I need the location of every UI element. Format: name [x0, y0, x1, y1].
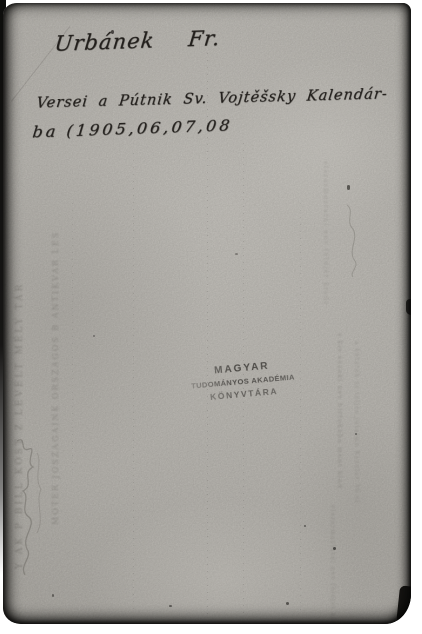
bleed-through-text-left-inner: MOTER JÓSZÁGAINK ORSZÁGOS B ANTIKVÁR LES — [51, 231, 60, 525]
pencil-scribble-right — [339, 199, 369, 279]
ink-speck — [355, 433, 357, 435]
fold-crease — [300, 203, 301, 613]
scribble-path — [347, 205, 356, 277]
scanned-document: { "page": { "kind": "scanned book flylea… — [0, 0, 422, 634]
ink-speck — [52, 594, 54, 597]
pencil-scribble-left — [7, 433, 49, 583]
paper-stain — [233, 53, 411, 233]
bleed-through-text-left-outer: Y AK P BILL KOST Z LEVÉLT MÉLY TÁR — [15, 282, 25, 569]
paper-stain — [93, 503, 353, 624]
ink-speck — [333, 547, 336, 550]
handwritten-note-line3: ba (1905,06,07,08 — [32, 116, 234, 142]
ink-speck — [93, 335, 95, 337]
paper-stain — [3, 153, 213, 473]
page-edge-tear — [406, 299, 411, 315]
handwritten-note-line2: Versei a Pútnik Sv. Vojtěšsky Kalendár- — [36, 86, 389, 111]
paper-stain — [283, 403, 411, 603]
bleed-through-text-right-faint: elszármaztatni nev földjét kiadv — [322, 161, 329, 306]
library-stamp: MAGYAR TUDOMÁNYOS AKADÉMIA KÖNYVTÁRA — [185, 357, 302, 406]
bleed-through-text-right-lower: a kötetek sz teljes jutalma Kazalár 30 e… — [353, 341, 360, 504]
ink-speck — [235, 253, 238, 255]
fold-crease — [72, 203, 73, 473]
book-page: Y AK P BILL KOST Z LEVÉLT MÉLY TÁR MOTER… — [3, 3, 411, 624]
ink-speck — [286, 602, 289, 605]
ink-speck — [347, 185, 350, 190]
scribble-path — [17, 440, 33, 575]
bleed-through-text-right-upper: s kis északi nev birtokába ment kiad — [336, 333, 344, 489]
handwritten-owner-name: Urbánek Fr. — [53, 26, 221, 56]
ink-speck — [304, 525, 306, 527]
fold-crease — [133, 153, 134, 613]
bleed-through-text-right-bottom: elszármaztatni nev földjét kiadv — [329, 505, 336, 624]
ink-speck — [169, 605, 172, 607]
page-corner-curl — [396, 585, 411, 624]
fold-crease — [207, 53, 208, 618]
scribble-path — [37, 453, 41, 533]
